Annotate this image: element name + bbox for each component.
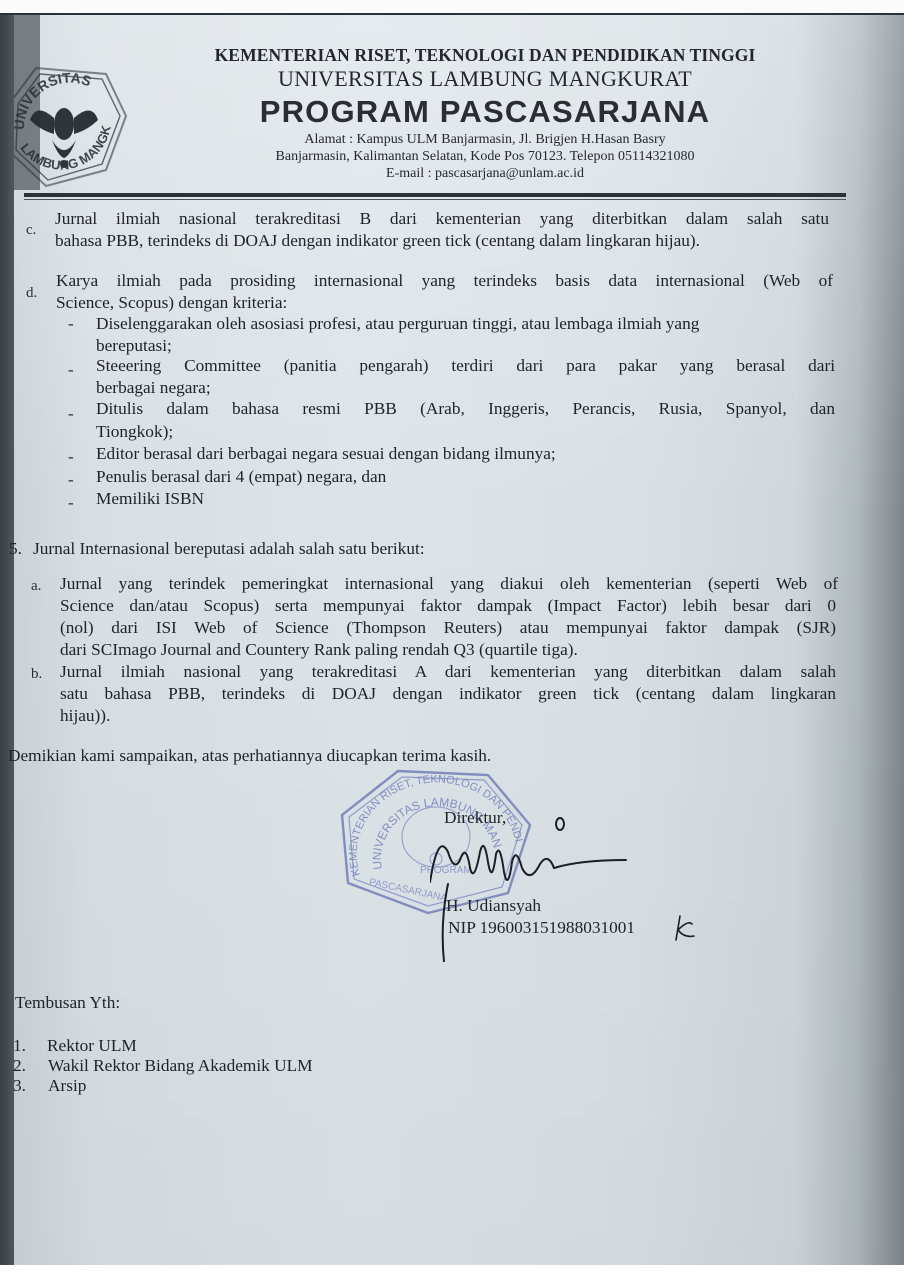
- logo-shadow: [14, 15, 40, 190]
- cc-item-1-marker: 1.: [13, 1035, 26, 1056]
- item-5b-line-3: hijau)).: [60, 705, 110, 726]
- university-name: UNIVERSITAS LAMBUNG MANGKURAT: [130, 66, 840, 92]
- item-5b-marker: b.: [31, 666, 42, 683]
- address-line-2: Banjarmasin, Kalimantan Selatan, Kode Po…: [130, 148, 840, 165]
- criteria-bullet: -: [68, 493, 74, 513]
- handwritten-signature-icon: [430, 812, 650, 962]
- item-d-line-2: Science, Scopus) dengan kriteria:: [56, 292, 287, 313]
- cc-item-3-marker: 3.: [13, 1075, 26, 1096]
- item-5a-line-3: (nol) dari ISI Web of Science (Thompson …: [60, 617, 836, 638]
- cc-heading: Tembusan Yth:: [15, 992, 120, 1013]
- item-c-line-1: Jurnal ilmiah nasional terakreditasi B d…: [55, 208, 829, 229]
- cc-item-3: Arsip: [48, 1075, 86, 1096]
- letterhead-rule-thin: [24, 199, 846, 200]
- criteria-bullet: -: [68, 470, 74, 490]
- item-5a-line-1: Jurnal yang terindek pemeringkat interna…: [60, 573, 838, 594]
- address-line-1: Alamat : Kampus ULM Banjarmasin, Jl. Bri…: [130, 131, 840, 148]
- letterhead-rule-thick: [24, 193, 846, 197]
- criteria-6: Memiliki ISBN: [96, 488, 204, 509]
- criteria-3-line-1: Ditulis dalam bahasa resmi PBB (Arab, In…: [96, 398, 835, 419]
- criteria-bullet: -: [68, 404, 74, 424]
- criteria-2-line-1: Steeering Committee (panitia pengarah) t…: [96, 355, 835, 376]
- item-5-text: Jurnal Internasional bereputasi adalah s…: [33, 538, 425, 559]
- item-d-line-1: Karya ilmiah pada prosiding internasiona…: [56, 270, 833, 291]
- ministry-name: KEMENTERIAN RISET, TEKNOLOGI DAN PENDIDI…: [130, 44, 840, 66]
- item-5a-line-4: dari SCImago Journal and Countery Rank p…: [60, 639, 578, 660]
- closing-text: Demikian kami sampaikan, atas perhatiann…: [8, 745, 491, 766]
- page-left-shadow: [0, 15, 14, 1265]
- criteria-5: Penulis berasal dari 4 (empat) negara, d…: [96, 466, 386, 487]
- item-5b-line-1: Jurnal ilmiah nasional yang terakreditas…: [60, 661, 836, 682]
- cc-item-1: Rektor ULM: [47, 1035, 137, 1056]
- criteria-1-line-1: Diselenggarakan oleh asosiasi profesi, a…: [96, 313, 699, 334]
- item-d-marker: d.: [26, 285, 37, 302]
- criteria-bullet: -: [68, 447, 74, 467]
- cc-item-2-marker: 2.: [13, 1055, 26, 1076]
- initial-paraf-icon: [672, 912, 696, 944]
- letterhead: KEMENTERIAN RISET, TEKNOLOGI DAN PENDIDI…: [130, 44, 840, 182]
- item-c-marker: c.: [26, 222, 36, 239]
- item-5a-marker: a.: [31, 578, 41, 595]
- criteria-2-line-2: berbagai negara;: [96, 377, 211, 398]
- program-name: PROGRAM PASCASARJANA: [130, 93, 840, 131]
- criteria-1-line-2: bereputasi;: [96, 335, 172, 356]
- criteria-3-line-2: Tiongkok);: [96, 421, 173, 442]
- item-5a-line-2: Science dan/atau Scopus) serta mempunyai…: [60, 595, 836, 616]
- criteria-bullet: -: [68, 314, 74, 334]
- item-5-marker: 5.: [9, 538, 22, 559]
- cc-item-2: Wakil Rektor Bidang Akademik ULM: [48, 1055, 313, 1076]
- criteria-bullet: -: [68, 360, 74, 380]
- criteria-4: Editor berasal dari berbagai negara sesu…: [96, 443, 556, 464]
- email-line: E-mail : pascasarjana@unlam.ac.id: [130, 165, 840, 182]
- item-c-line-2: bahasa PBB, terindeks di DOAJ dengan ind…: [55, 230, 700, 251]
- photo-background-top: [0, 0, 904, 14]
- item-5b-line-2: satu bahasa PBB, terindeks di DOAJ denga…: [60, 683, 836, 704]
